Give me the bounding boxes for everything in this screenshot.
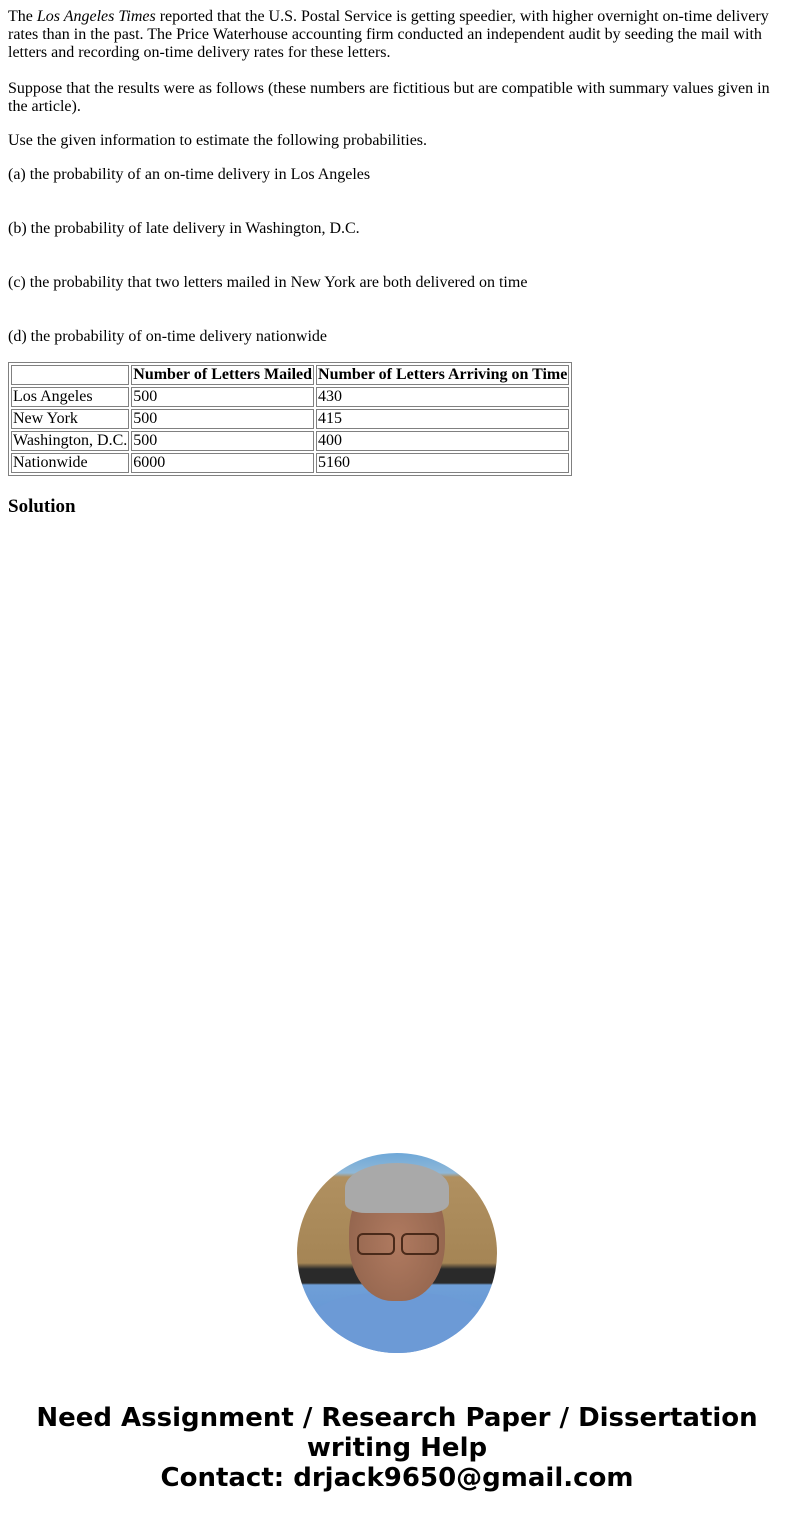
table-cell: Washington, D.C. [11, 431, 129, 451]
publication-name: Los Angeles Times [37, 8, 156, 25]
promo-banner: Need Assignment / Research Paper / Disse… [0, 1403, 794, 1493]
table-cell: 500 [131, 431, 314, 451]
instruction-paragraph: Use the given information to estimate th… [8, 132, 427, 150]
table-cell: 415 [316, 409, 569, 429]
table-cell: Los Angeles [11, 387, 129, 407]
question-d: (d) the probability of on-time delivery … [8, 328, 327, 346]
table-cell: New York [11, 409, 129, 429]
table-row: Nationwide 6000 5160 [11, 453, 569, 473]
table-header-row: Number of Letters Mailed Number of Lette… [11, 365, 569, 385]
avatar-hair [345, 1163, 449, 1213]
table-header-cell: Number of Letters Mailed [131, 365, 314, 385]
table-cell: 430 [316, 387, 569, 407]
solution-heading: Solution [8, 496, 76, 518]
table-header-cell: Number of Letters Arriving on Time [316, 365, 569, 385]
table-row: Washington, D.C. 500 400 [11, 431, 569, 451]
intro-paragraph: The Los Angeles Times reported that the … [8, 8, 778, 62]
table-cell: 500 [131, 387, 314, 407]
delivery-table: Number of Letters Mailed Number of Lette… [8, 362, 572, 476]
table-cell: 500 [131, 409, 314, 429]
table-cell: 5160 [316, 453, 569, 473]
table-cell: Nationwide [11, 453, 129, 473]
intro-prefix: The [8, 8, 37, 25]
promo-line-2: writing Help [0, 1433, 794, 1463]
avatar [297, 1153, 497, 1353]
table-header-cell [11, 365, 129, 385]
promo-contact: Contact: drjack9650@gmail.com [0, 1463, 794, 1493]
question-c: (c) the probability that two letters mai… [8, 274, 527, 292]
question-a: (a) the probability of an on-time delive… [8, 166, 370, 184]
glasses-icon [401, 1233, 439, 1255]
promo-line-1: Need Assignment / Research Paper / Disse… [0, 1403, 794, 1433]
table-cell: 400 [316, 431, 569, 451]
avatar-shirt [307, 1293, 487, 1353]
table-cell: 6000 [131, 453, 314, 473]
question-b: (b) the probability of late delivery in … [8, 220, 360, 238]
table-row: New York 500 415 [11, 409, 569, 429]
suppose-paragraph: Suppose that the results were as follows… [8, 80, 778, 116]
table-row: Los Angeles 500 430 [11, 387, 569, 407]
glasses-icon [357, 1233, 395, 1255]
